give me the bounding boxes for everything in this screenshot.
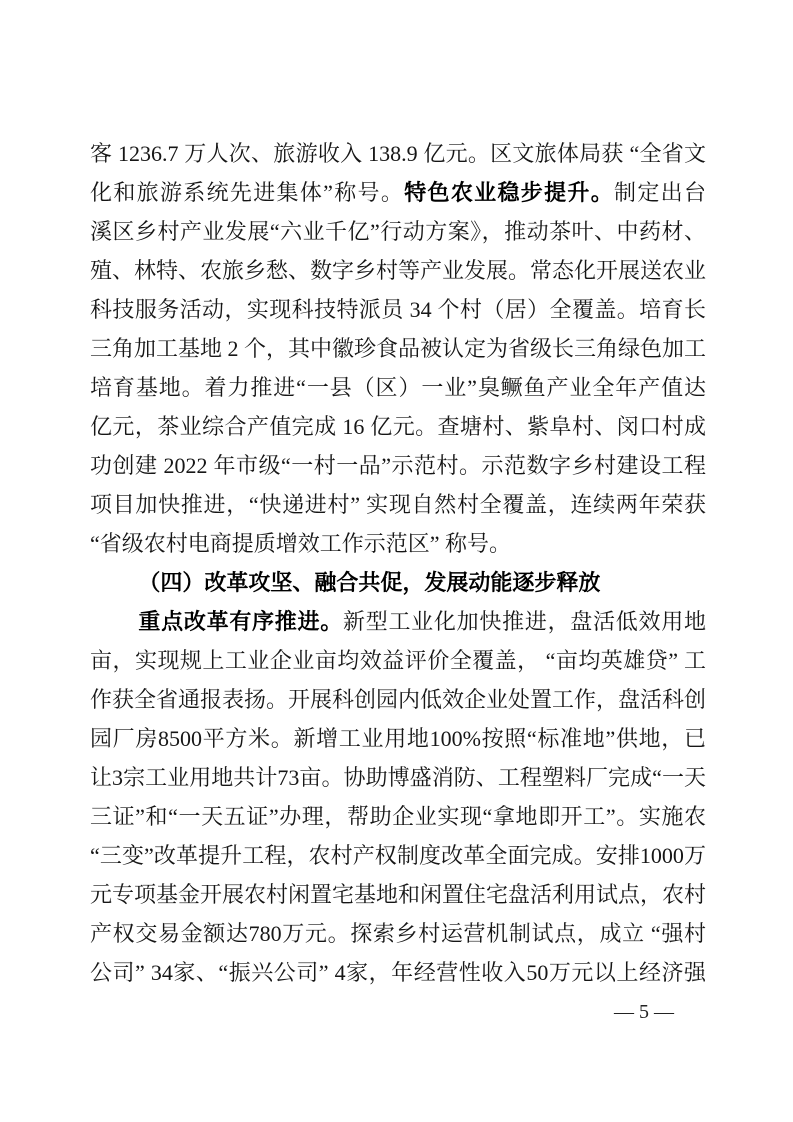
para1-line-3: 溪区乡村产业发展“六业千亿”行动方案》，推动茶叶、中药材、养 (90, 212, 706, 251)
line-text: 科技服务活动，实现科技特派员 34 个村（居）全覆盖。培育长 (90, 297, 706, 322)
line-text: 三证”和“一天五证”办理，帮助企业实现“拿地即开工”。实施农村 (90, 804, 706, 836)
line-text: 元专项基金开展农村闲置宅基地和闲置住宅盘活利用试点，农村 (90, 882, 706, 907)
para2-line-5: 让3宗工业用地共计73亩。协助博盛消防、工程塑料厂完成“一天 (90, 758, 706, 797)
line-text: 溪区乡村产业发展“六业千亿”行动方案》，推动茶叶、中药材、养 (90, 219, 706, 251)
line-text: 三角加工基地 2 个，其中徽珍食品被认定为省级长三角绿色加工 (90, 336, 706, 361)
para1-line-8: 亿元，茶业综合产值完成 16 亿元。查塘村、紫阜村、闵口村成 (90, 407, 706, 446)
bold-run: 特色农业稳步提升。 (404, 180, 614, 205)
para1-line-9: 功创建 2022 年市级“一村一品”示范村。示范数字乡村建设工程 (90, 446, 706, 485)
line-text: 亿元，茶业综合产值完成 16 亿元。查塘村、紫阜村、闵口村成 (90, 414, 706, 439)
para1-line-1: 客 1236.7 万人次、旅游收入 138.9 亿元。区文旅体局获 “全省文 (90, 134, 706, 173)
para2-line-1: 重点改革有序推进。新型工业化加快推进，盘活低效用地170 (90, 602, 706, 641)
line-text: 园厂房8500平方米。新增工业用地100%按照“标准地”供地，已出 (90, 726, 706, 758)
para2-line-7: “三变”改革提升工程，农村产权制度改革全面完成。安排1000万 (90, 836, 706, 875)
page-number: — 5 — (594, 1000, 694, 1024)
para2-line-3: 作获全省通报表扬。开展科创园内低效企业处置工作，盘活科创 (90, 680, 706, 719)
para2-line-10: 公司” 34家、“振兴公司” 4家，年经营性收入50万元以上经济强 (90, 953, 706, 992)
para1-line-7: 培育基地。着力推进“一县（区）一业”臭鳜鱼产业全年产值达 3.9 (90, 368, 706, 407)
line-text: 化和旅游系统先进集体”称号。 (90, 180, 404, 205)
para2-line-6: 三证”和“一天五证”办理，帮助企业实现“拿地即开工”。实施农村 (90, 797, 706, 836)
para2-line-4: 园厂房8500平方米。新增工业用地100%按照“标准地”供地，已出 (90, 719, 706, 758)
line-text: “省级农村电商提质增效工作示范区” 称号。 (90, 531, 511, 556)
line-text: 产权交易金额达780万元。探索乡村运营机制试点，成立 “强村 (90, 921, 706, 946)
line-text: 客 1236.7 万人次、旅游收入 138.9 亿元。区文旅体局获 “全省文 (90, 141, 706, 166)
document-body: 客 1236.7 万人次、旅游收入 138.9 亿元。区文旅体局获 “全省文 化… (90, 134, 706, 992)
line-text: 培育基地。着力推进“一县（区）一业”臭鳜鱼产业全年产值达 3.9 (90, 375, 706, 407)
line-text: 殖、林特、农旅乡愁、数字乡村等产业发展。常态化开展送农业 (90, 258, 706, 283)
line-text: 作获全省通报表扬。开展科创园内低效企业处置工作，盘活科创 (90, 687, 706, 712)
para2-line-8: 元专项基金开展农村闲置宅基地和闲置住宅盘活利用试点，农村 (90, 875, 706, 914)
line-text: 让3宗工业用地共计73亩。协助博盛消防、工程塑料厂完成“一天 (90, 765, 706, 790)
para2-line-9: 产权交易金额达780万元。探索乡村运营机制试点，成立 “强村 (90, 914, 706, 953)
line-text: 公司” 34家、“振兴公司” 4家，年经营性收入50万元以上经济强 (90, 960, 706, 985)
line-text: 亩，实现规上工业企业亩均效益评价全覆盖， “亩均英雄贷” 工 (90, 648, 706, 673)
line-text: 功创建 2022 年市级“一村一品”示范村。示范数字乡村建设工程 (90, 453, 706, 478)
para1-line-10: 项目加快推进，“快递进村” 实现自然村全覆盖，连续两年荣获 (90, 485, 706, 524)
para1-line-6: 三角加工基地 2 个，其中徽珍食品被认定为省级长三角绿色加工 (90, 329, 706, 368)
para2-line-2: 亩，实现规上工业企业亩均效益评价全覆盖， “亩均英雄贷” 工 (90, 641, 706, 680)
bold-run: 重点改革有序推进。 (138, 609, 343, 634)
para1-line-2: 化和旅游系统先进集体”称号。特色农业稳步提升。制定出台《屯 (90, 173, 706, 212)
heading-text: （四）改革攻坚、融合共促，发展动能逐步释放 (138, 570, 600, 595)
section-heading-4: （四）改革攻坚、融合共促，发展动能逐步释放 (90, 563, 706, 602)
para1-line-5: 科技服务活动，实现科技特派员 34 个村（居）全覆盖。培育长 (90, 290, 706, 329)
line-text: 项目加快推进，“快递进村” 实现自然村全覆盖，连续两年荣获 (90, 492, 706, 517)
document-page: 客 1236.7 万人次、旅游收入 138.9 亿元。区文旅体局获 “全省文 化… (0, 0, 793, 1122)
line-text: “三变”改革提升工程，农村产权制度改革全面完成。安排1000万 (90, 843, 706, 868)
para1-line-4: 殖、林特、农旅乡愁、数字乡村等产业发展。常态化开展送农业 (90, 251, 706, 290)
para1-line-11: “省级农村电商提质增效工作示范区” 称号。 (90, 524, 706, 563)
